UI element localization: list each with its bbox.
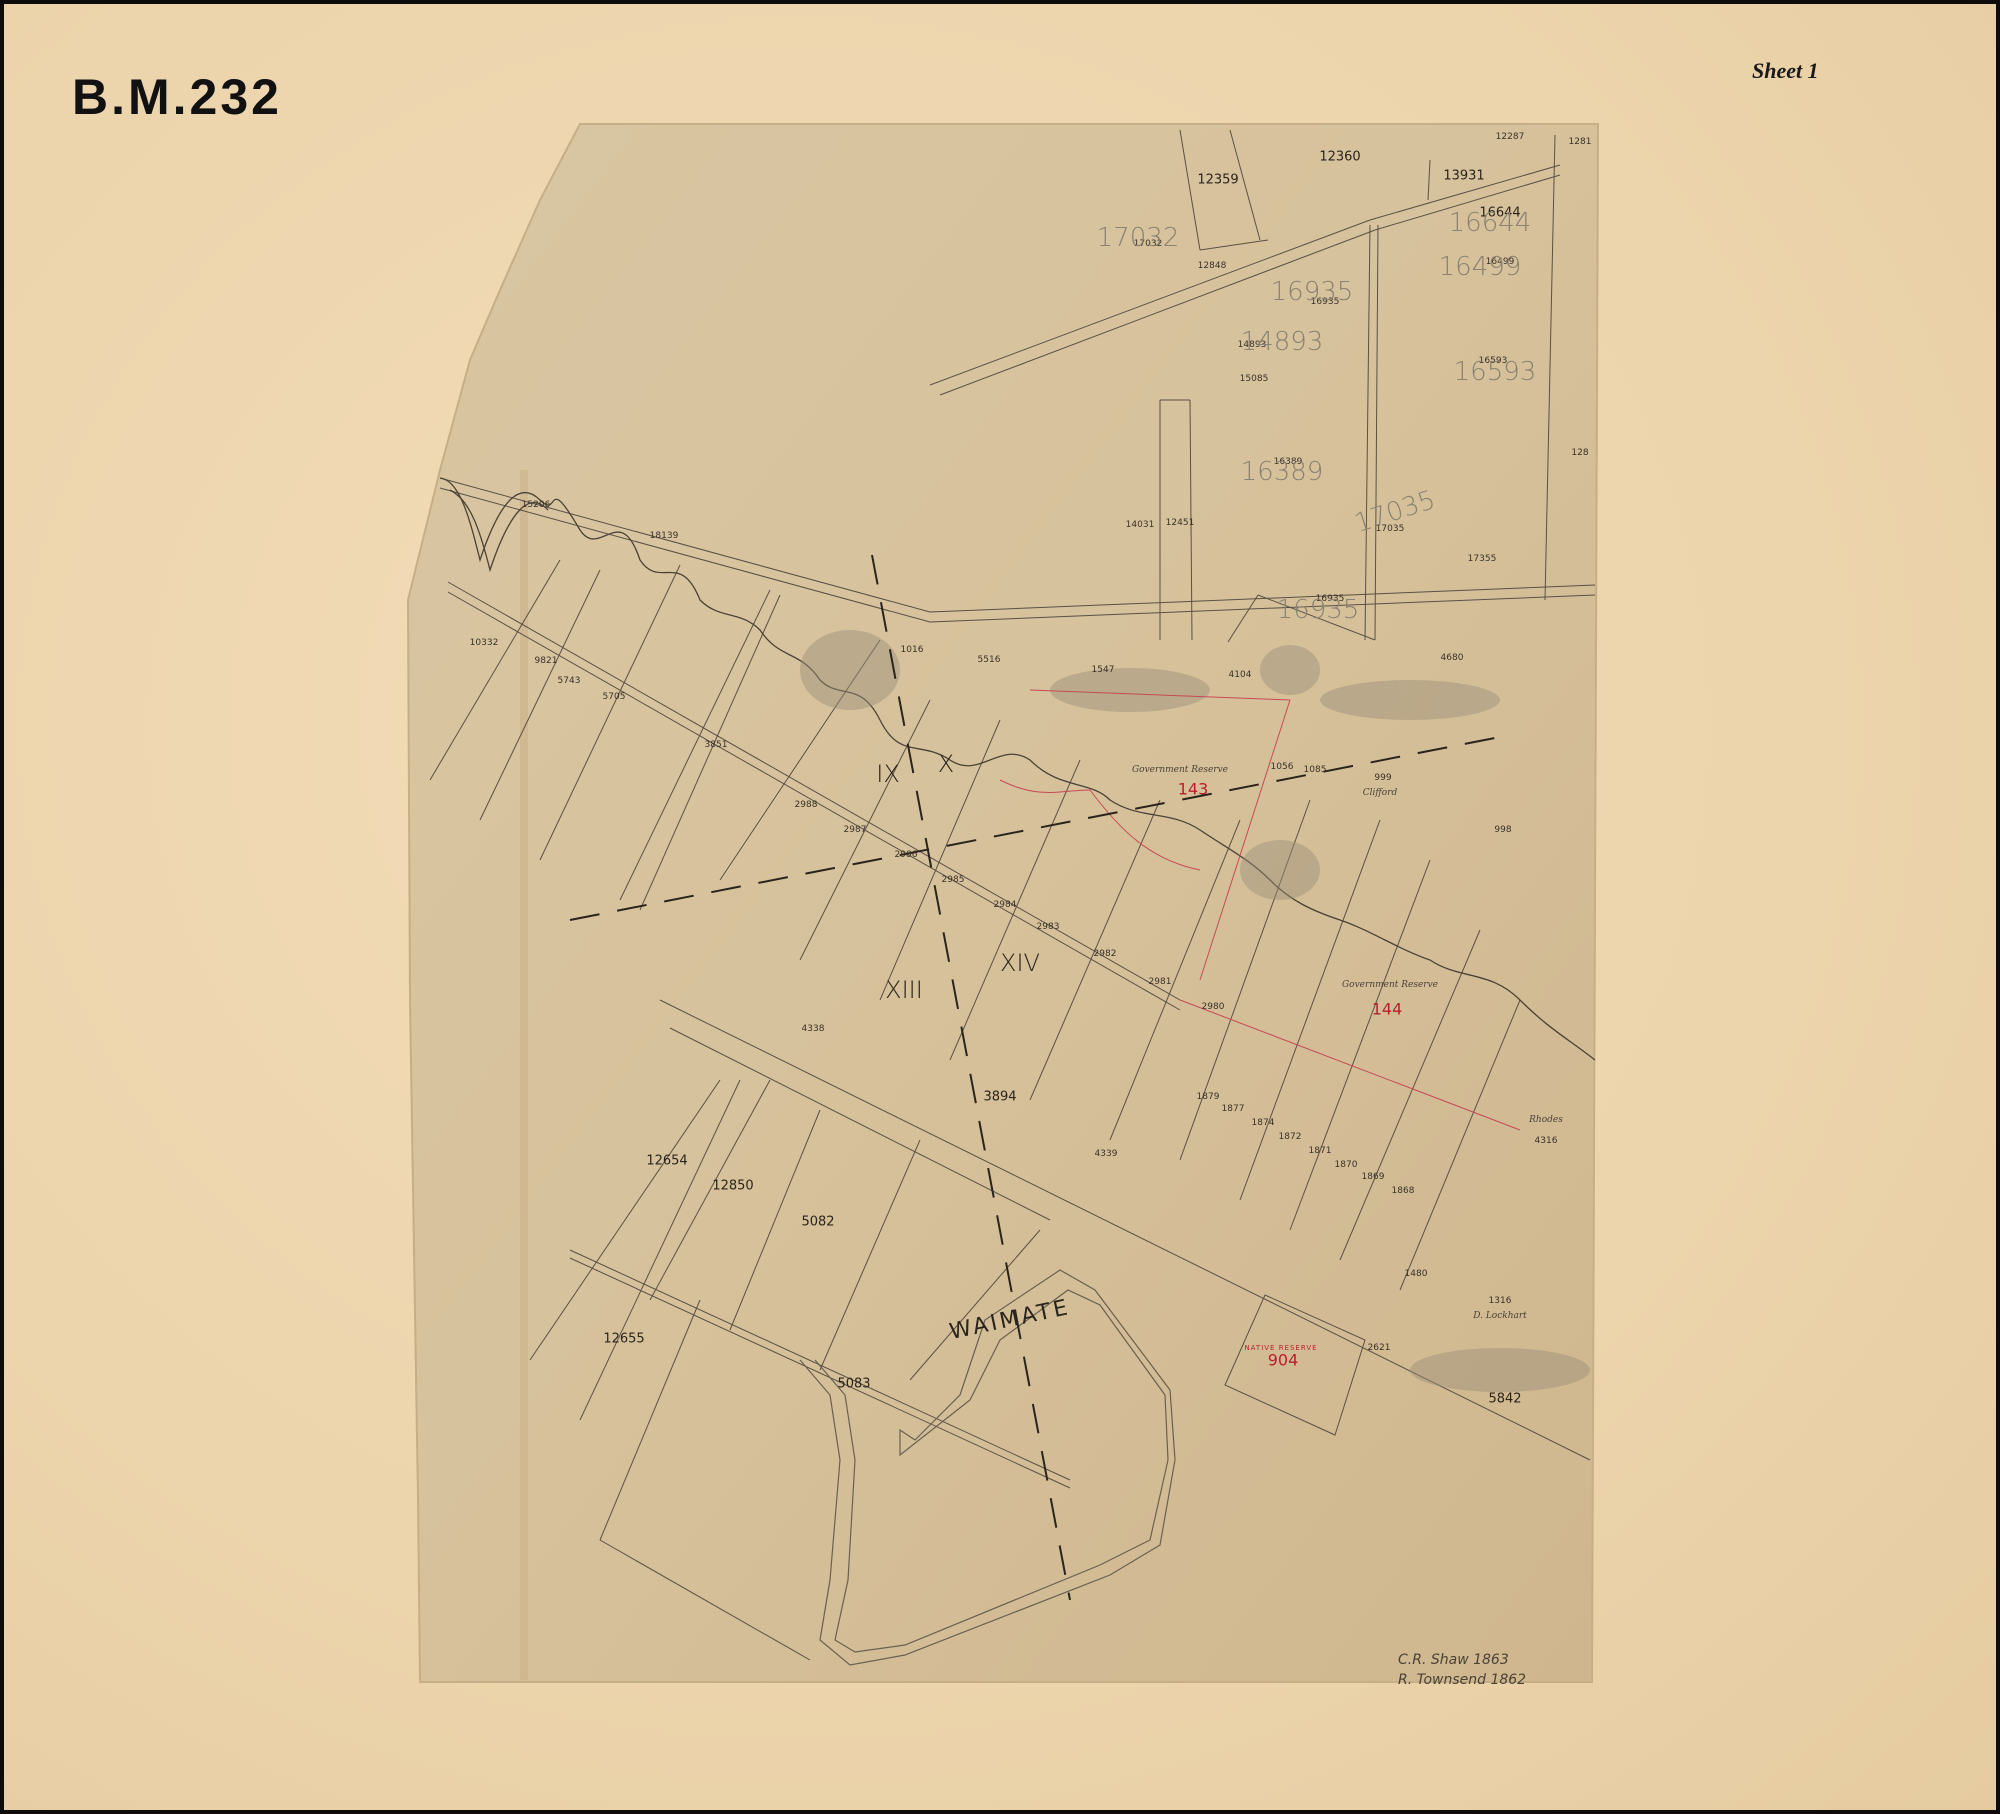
section-label: 4680 [1441,653,1464,663]
section-label: 14031 [1126,520,1155,530]
owner-note: D. Lockhart [1473,1311,1527,1321]
section-label: 1872 [1279,1132,1302,1142]
section-label: 10332 [470,638,499,648]
pencil-annotation: 17032 [1097,223,1180,253]
section-label: 12654 [646,1154,687,1169]
section-label: 5743 [558,676,581,686]
section-label: 13931 [1443,169,1484,184]
pencil-annotation: 16499 [1439,252,1522,282]
section-label: 2983 [1037,922,1060,932]
owner-note: Clifford [1363,788,1398,798]
reserve-number: 143 [1178,780,1209,799]
section-label: 2621 [1368,1343,1391,1353]
owner-note: Rhodes [1529,1115,1563,1125]
section-label: 2987 [844,825,867,835]
pencil-annotation: 16389 [1241,457,1324,487]
section-label: 1547 [1092,665,1115,675]
section-label: 3851 [705,740,728,750]
section-label: 5083 [837,1377,870,1392]
section-label: 1868 [1392,1186,1415,1196]
section-label: 1016 [901,645,924,655]
section-label: 5082 [801,1215,834,1230]
credit-line-1: C.R. Shaw 1863 [1398,1650,1526,1670]
section-label: 12360 [1319,150,1360,165]
section-label: 128 [1571,448,1588,458]
hundred-label: X [938,750,954,778]
hundred-label: IX [876,760,900,788]
credit-line-2: R. Townsend 1862 [1398,1670,1526,1690]
pencil-annotation: 16593 [1454,357,1537,387]
section-label: 1480 [1405,1269,1428,1279]
section-label: 998 [1494,825,1511,835]
section-label: 1281 [1569,137,1592,147]
section-label: 2982 [1094,949,1117,959]
surveyor-credits: C.R. Shaw 1863 R. Townsend 1862 [1398,1650,1526,1690]
section-label: 3894 [983,1090,1016,1105]
section-label: 1871 [1309,1146,1332,1156]
reserve-number: 904 [1268,1351,1299,1370]
section-label: 15085 [1240,374,1269,384]
section-label: 1085 [1304,765,1327,775]
section-label: 17355 [1468,554,1497,564]
section-label: 5842 [1488,1392,1521,1407]
section-label: 9821 [535,656,558,666]
section-label: 4339 [1095,1149,1118,1159]
section-label: 12850 [712,1179,753,1194]
section-label: 5705 [603,692,626,702]
pencil-annotation: 16935 [1277,595,1360,625]
reserve-label: Government Reserve [1342,980,1438,990]
section-label: 12359 [1197,173,1238,188]
hundred-label: XIII [885,976,923,1004]
section-label: 4316 [1535,1136,1558,1146]
section-label: 1316 [1489,1296,1512,1306]
reserve-number: 144 [1372,1000,1403,1019]
section-label: 999 [1374,773,1391,783]
section-label: 1869 [1362,1172,1385,1182]
section-label: 1877 [1222,1104,1245,1114]
section-label: 5516 [978,655,1001,665]
reserve-label: Government Reserve [1132,765,1228,775]
section-label: 12848 [1198,261,1227,271]
section-label: 2985 [942,875,965,885]
section-label: 1870 [1335,1160,1358,1170]
section-label: 2984 [994,900,1017,910]
section-label: 2980 [1202,1002,1225,1012]
pencil-annotation: 16644 [1449,208,1532,238]
section-label: 2986 [895,850,918,860]
section-label: 12655 [603,1332,644,1347]
pencil-annotation: 16935 [1271,277,1354,307]
section-label: 1879 [1197,1092,1220,1102]
section-label: 4104 [1229,670,1252,680]
section-label: 2988 [795,800,818,810]
section-label: 12287 [1496,132,1525,142]
section-label: 1056 [1271,762,1294,772]
section-label: 2981 [1149,977,1172,987]
pencil-annotation: 14893 [1241,327,1324,357]
section-label: 18139 [650,531,679,541]
hundred-label: XIV [1000,949,1040,977]
section-label: 1874 [1252,1118,1275,1128]
section-label: 15206 [522,500,551,510]
section-label: 4338 [802,1024,825,1034]
section-label: 12451 [1166,518,1195,528]
